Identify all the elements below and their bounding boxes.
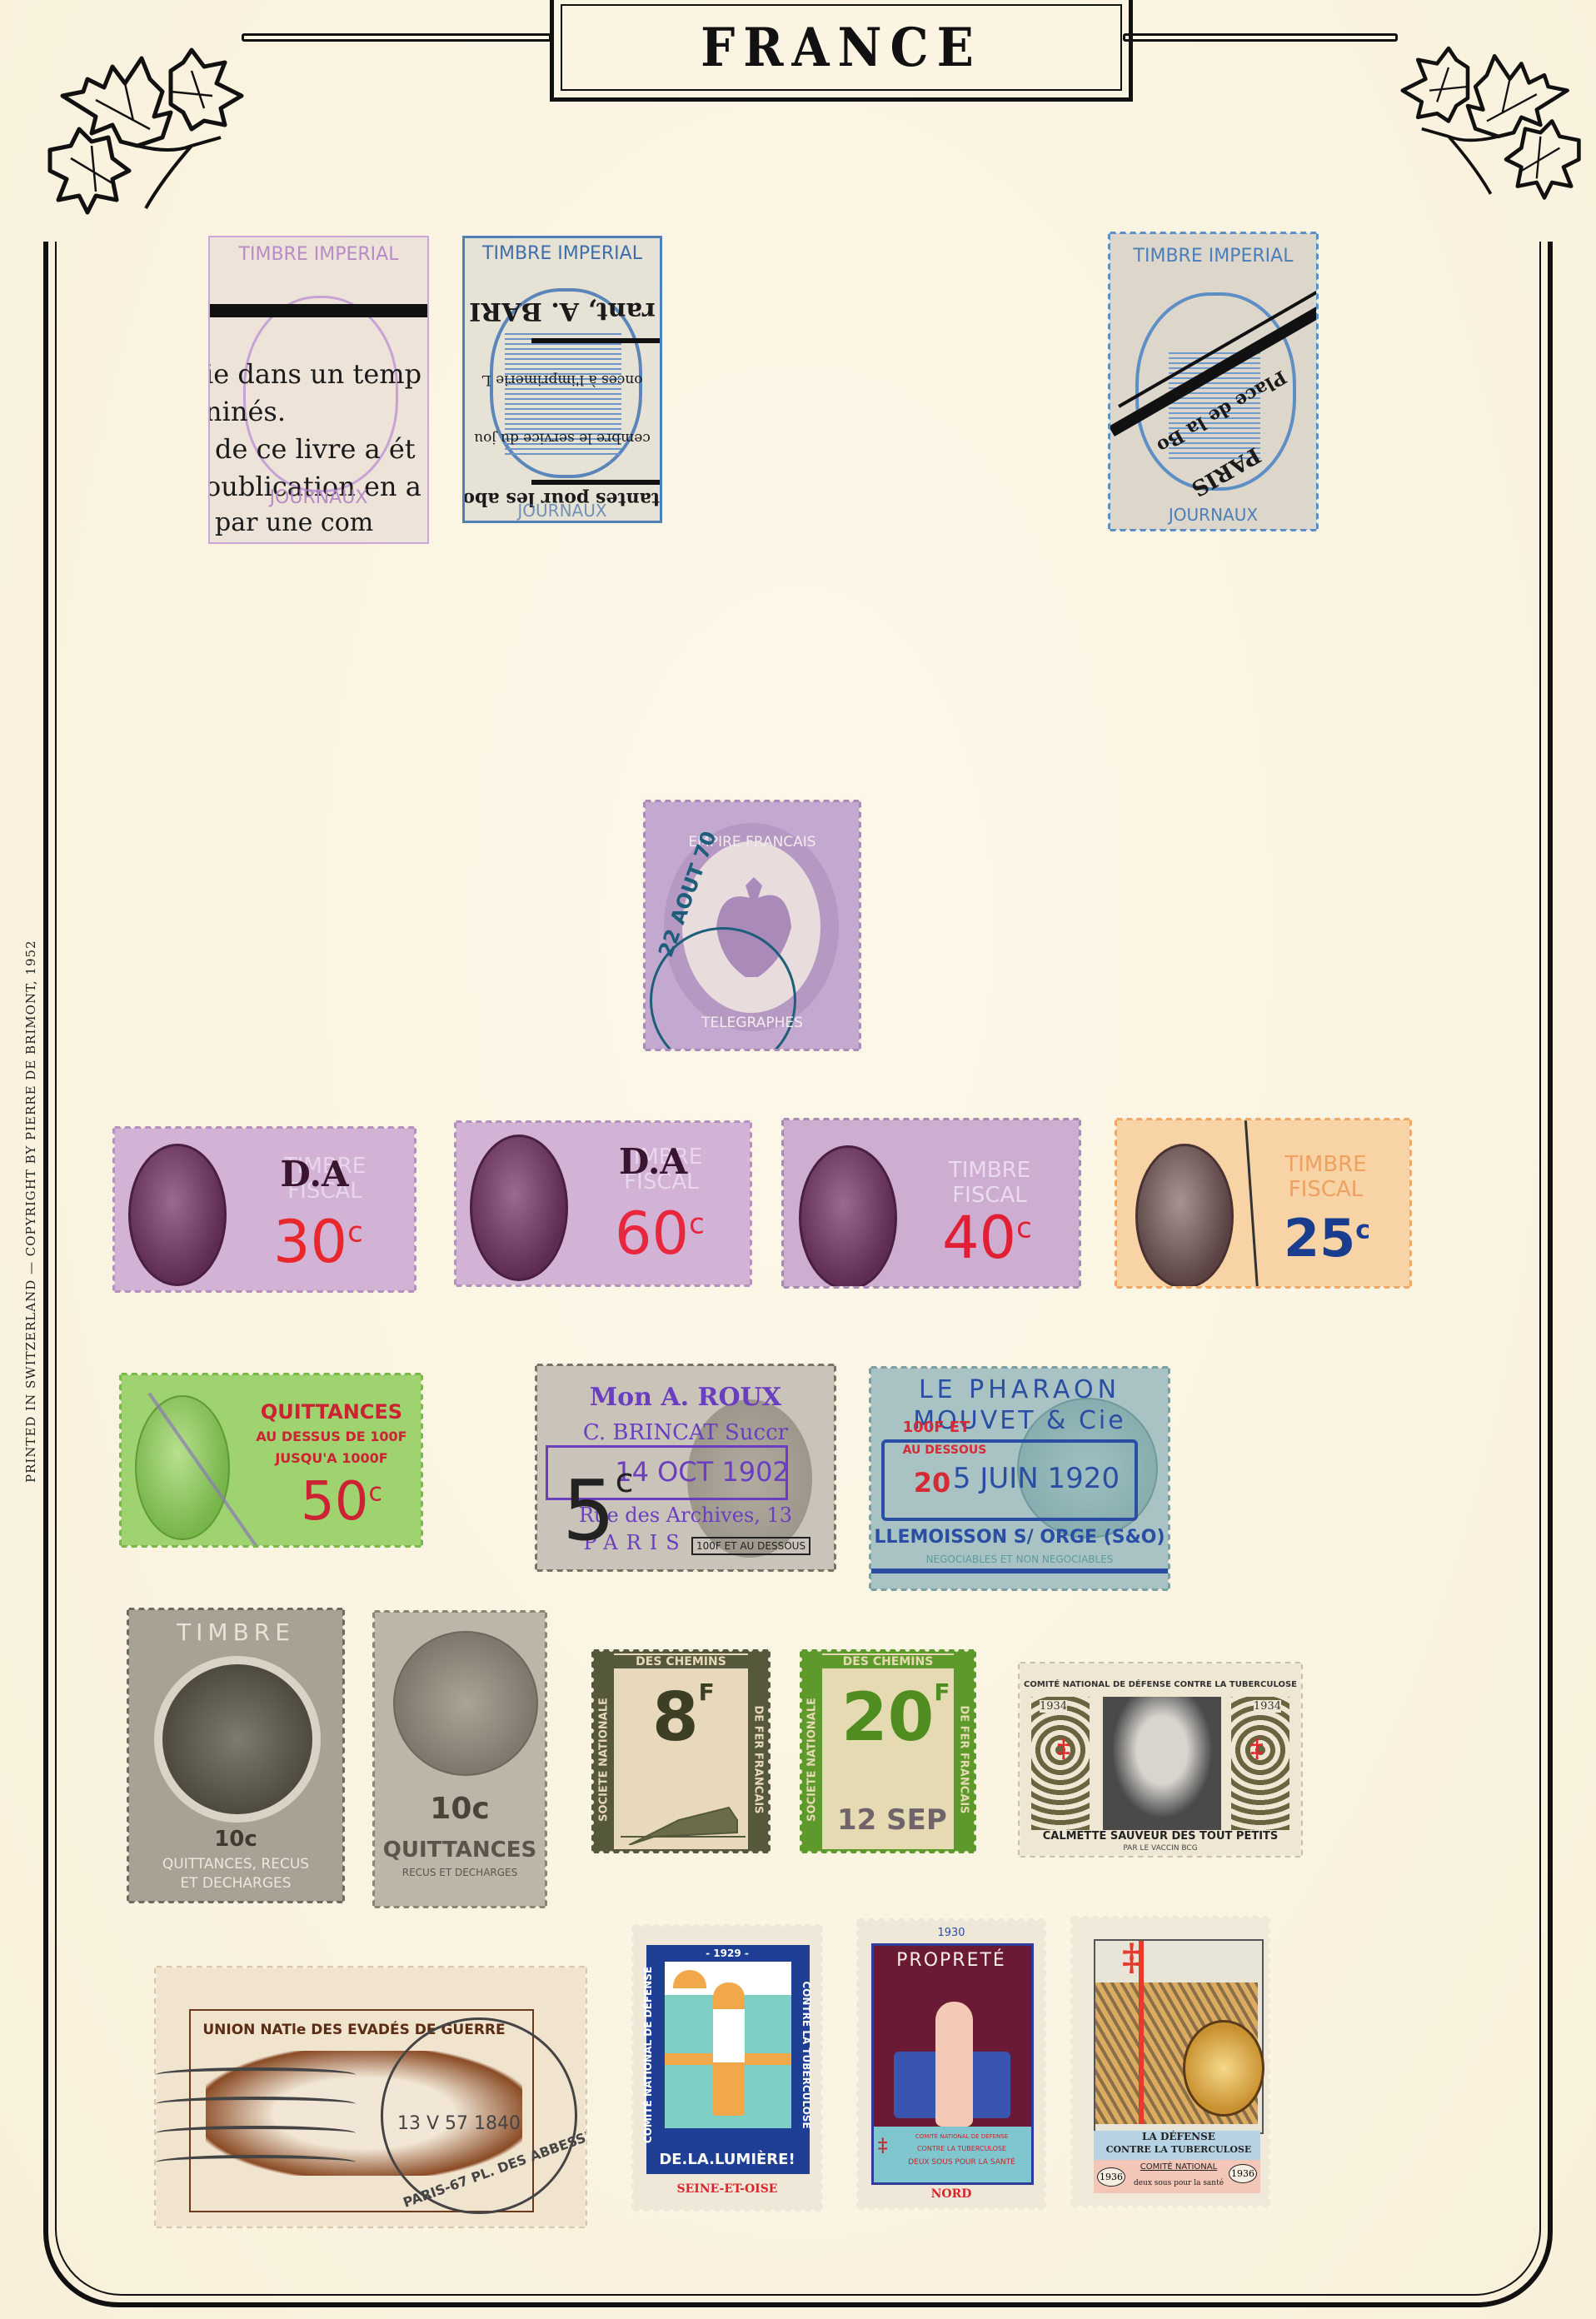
- stamp-footer: NEGOCIABLES ET NON NEGOCIABLES: [871, 1553, 1168, 1565]
- value: 20F: [841, 1678, 950, 1756]
- overprint-line: ie dans un temp: [208, 358, 427, 390]
- stamp-header: TIMBRE IMPERIAL: [465, 243, 660, 264]
- year-right: 1934: [1254, 1700, 1281, 1713]
- stamp-evades-guerre[interactable]: UNION NATle DES EVADÉS DE GUERRE 13 V 57…: [154, 1966, 587, 2228]
- value: 8F: [652, 1678, 715, 1756]
- medallion-portrait: [799, 1145, 897, 1289]
- double-cross-icon: ‡: [1122, 1937, 1141, 1979]
- stamp-caption: CALMETTE SAUVEUR DES TOUT PETITS: [1020, 1830, 1301, 1843]
- stamp-footer: ET DECHARGES: [129, 1875, 342, 1892]
- stamp-line: CONTRE LA TUBERCULOSE: [1087, 2144, 1270, 2155]
- stamp-header: TIMBRE: [129, 1618, 342, 1646]
- surcharge-line: 100F ET: [869, 1419, 1168, 1436]
- maple-leaf-left-icon: [46, 46, 254, 221]
- stamp-slogan: deux sous pour la santé: [1087, 2179, 1270, 2187]
- stamp-label: TIMBRE: [900, 1158, 1079, 1183]
- overprint-da: D.A: [556, 1141, 750, 1182]
- year-left: 1934: [1040, 1700, 1067, 1713]
- stamp-fiscal-40c[interactable]: TIMBRE FISCAL 40c: [781, 1118, 1081, 1289]
- stamp-quittances-50c[interactable]: QUITTANCES AU DESSUS DE 100F JUSQU'A 100…: [119, 1373, 423, 1548]
- stamp-defense-1936[interactable]: ‡ LA DÉFENSE CONTRE LA TUBERCULOSE COMIT…: [1070, 1916, 1270, 2207]
- postmark-date: 13 V 57 1840: [397, 2113, 521, 2134]
- handstamp-line: C. BRINCAT Succr: [537, 1420, 834, 1445]
- stamp-fiscal-30c[interactable]: TIMBRE FISCAL D.A 30c: [112, 1126, 416, 1293]
- double-cross-icon: ‡: [1057, 1734, 1070, 1763]
- child-figure: [935, 2002, 973, 2127]
- shield: [1183, 2020, 1264, 2117]
- album-page: FRANCE PRINTED IN SWITZERLAND — COPYRIGH…: [0, 0, 1596, 2319]
- stamp-header: EMPIRE FRANCAIS: [646, 834, 859, 850]
- medallion-portrait: [154, 1656, 321, 1823]
- stamp-top-label: DES CHEMINS: [596, 1655, 766, 1668]
- stamp-side-label: COMITÉ NATIONAL DE DÉFENSE: [642, 1955, 654, 2155]
- stamp-chemins-20f[interactable]: DES CHEMINS SOCIETE NATIONALE DE FER FRA…: [800, 1649, 976, 1853]
- stamp-journaux-blue-perf[interactable]: TIMBRE IMPERIAL PARIS Place de la Bo JOU…: [1108, 232, 1319, 531]
- title-rule-left: [242, 33, 551, 42]
- stamp-footer: RECUS ET DECHARGES: [375, 1867, 545, 1878]
- stamp-journaux-lilac[interactable]: TIMBRE IMPERIAL ie dans un temp ninés. d…: [208, 236, 429, 544]
- handstamp-line: Mon A. ROUX: [537, 1383, 834, 1412]
- stamp-caption: DEUX SOUS POUR LA SANTÉ: [631, 2131, 823, 2139]
- stamp-side-label: DE FER FRANCAIS: [958, 1673, 970, 1848]
- stamp-label: FISCAL: [1242, 1177, 1409, 1202]
- maple-leaf-right-icon: [1391, 29, 1583, 221]
- stamp-line: JUSQU'A 1000F: [242, 1450, 421, 1466]
- side-imprint: PRINTED IN SWITZERLAND — COPYRIGHT BY PI…: [23, 940, 38, 1483]
- stamp-header: TIMBRE IMPERIAL: [1110, 246, 1316, 267]
- stamp-side-label: CONTRE LA TUBERCULOSE: [800, 1955, 812, 2155]
- stamp-side-label: SOCIETE NATIONALE: [806, 1673, 819, 1848]
- stamp-footer: JOURNAUX: [1110, 505, 1316, 525]
- double-cross-icon: ‡: [878, 2135, 888, 2157]
- surcharge-value: 20: [869, 1467, 1168, 1499]
- stamp-footer: TELEGRAPHES: [646, 1015, 859, 1031]
- medallion-portrait: [128, 1144, 227, 1286]
- footer-line: DEUX SOUS POUR LA SANTÉ: [877, 2158, 1046, 2167]
- stamp-footer: JOURNAUX: [210, 487, 427, 508]
- overprint-line: de ce livre a ét: [215, 433, 427, 465]
- stamp-quittances-10c[interactable]: 10c QUITTANCES RECUS ET DECHARGES: [372, 1610, 547, 1908]
- stamp-journaux-blue-imperf[interactable]: TIMBRE IMPERIAL rant, A. BARI onces à l'…: [462, 236, 662, 523]
- value: 50c: [301, 1471, 382, 1533]
- stamp-line: LA DÉFENSE: [1087, 2131, 1270, 2142]
- stamp-side-label: SOCIETE NATIONALE: [598, 1673, 611, 1848]
- medallion-portrait: [1135, 1144, 1234, 1289]
- stamp-year: 1930: [856, 1927, 1046, 1939]
- postmark-date: 12 SEP: [837, 1803, 947, 1837]
- stamp-subcaption: PAR LE VACCIN BCG: [1020, 1844, 1301, 1853]
- stamp-region: NORD: [856, 2187, 1046, 2201]
- stamp-line: QUITTANCES: [242, 1400, 421, 1424]
- value: 5c: [562, 1462, 634, 1559]
- overprint-da: D.A: [215, 1154, 414, 1194]
- value: 60c: [615, 1199, 705, 1268]
- handstamp-line: LE PHARAON: [871, 1375, 1168, 1404]
- stamp-label: 100F ET AU DESSOUS: [691, 1537, 810, 1555]
- stamp-line: AU DESSUS DE 100F: [242, 1429, 421, 1444]
- figure: [713, 1982, 745, 2116]
- stamp-header: COMITÉ NATIONAL DE DÉFENSE CONTRE LA TUB…: [1020, 1680, 1301, 1689]
- stamp-footer: QUITTANCES: [375, 1838, 545, 1863]
- stamp-top-label: DES CHEMINS: [804, 1655, 972, 1668]
- stamp-footer: QUITTANCES, RECUS: [129, 1856, 342, 1873]
- stamp-lumiere-1929[interactable]: - 1929 - COMITÉ NATIONAL DE DÉFENSE CONT…: [631, 1924, 823, 2212]
- stamp-header: PROPRETÉ: [856, 1950, 1046, 1971]
- locomotive-icon: [621, 1787, 746, 1845]
- medallion-portrait: [393, 1631, 538, 1776]
- value: 40c: [942, 1204, 1032, 1272]
- overprint-line: rant, A. BARI: [465, 297, 660, 326]
- title-box: FRANCE: [550, 0, 1133, 102]
- value: 10c: [375, 1792, 545, 1826]
- value: 30c: [273, 1208, 363, 1276]
- stamp-pharaon-20c[interactable]: LE PHARAON MOUVET & Cie 100F ET AU DESSO…: [869, 1366, 1170, 1591]
- value: 10c: [129, 1827, 342, 1852]
- handstamp-line: LLEMOISSON S/ ORGE (S&O): [871, 1527, 1168, 1548]
- overprint-line: onces à l'imprimerie L: [465, 372, 660, 388]
- footer-line: COMITÉ NATIONAL DE DÉFENSE: [877, 2133, 1046, 2140]
- stamp-fiscal-60c[interactable]: TIMBRE FISCAL D.A 60c: [454, 1120, 752, 1287]
- stamp-proprete-1930[interactable]: 1930 PROPRETÉ COMITÉ NATIONAL DE DÉFENSE…: [856, 1918, 1046, 2210]
- stamp-footer: JOURNAUX: [465, 501, 660, 521]
- footer-line: CONTRE LA TUBERCULOSE: [877, 2145, 1046, 2152]
- stamp-region: SEINE-ET-OISE: [631, 2182, 823, 2196]
- overprint-line: cembre le service du jou: [465, 430, 660, 446]
- stamp-fiscal-25c[interactable]: TIMBRE FISCAL 25c: [1115, 1118, 1412, 1289]
- medallion-portrait: [470, 1135, 568, 1281]
- page-title: FRANCE: [701, 17, 982, 79]
- stamp-side-label: DE FER FRANCAIS: [752, 1673, 765, 1848]
- title-rule-right: [1123, 33, 1398, 42]
- stamp-label: TIMBRE: [1242, 1152, 1409, 1177]
- value: 25c: [1284, 1208, 1370, 1269]
- stamp-year: - 1929 -: [631, 1947, 823, 1959]
- stamp-slogan: DE.LA.LUMIÈRE!: [631, 2151, 823, 2168]
- double-cross-icon: ‡: [1250, 1734, 1264, 1763]
- portrait: [1103, 1697, 1221, 1830]
- stamp-telegraphes[interactable]: EMPIRE FRANCAIS 22 AOUT 70 TELEGRAPHES: [643, 800, 861, 1051]
- medallion-portrait: [135, 1395, 230, 1540]
- stamp-calmette-1934[interactable]: COMITÉ NATIONAL DE DÉFENSE CONTRE LA TUB…: [1018, 1662, 1303, 1858]
- stamp-timbre-10c[interactable]: TIMBRE 10c QUITTANCES, RECUS ET DECHARGE…: [127, 1608, 345, 1903]
- overprint-line: ninés.: [208, 396, 427, 427]
- stamp-roux-5c[interactable]: Mon A. ROUX C. BRINCAT Succr 14 OCT 1902…: [535, 1364, 836, 1572]
- stamp-chemins-8f[interactable]: DES CHEMINS SOCIETE NATIONALE DE FER FRA…: [591, 1649, 771, 1853]
- stamp-header: TIMBRE IMPERIAL: [210, 244, 427, 265]
- overprint-line: par une com: [215, 508, 427, 537]
